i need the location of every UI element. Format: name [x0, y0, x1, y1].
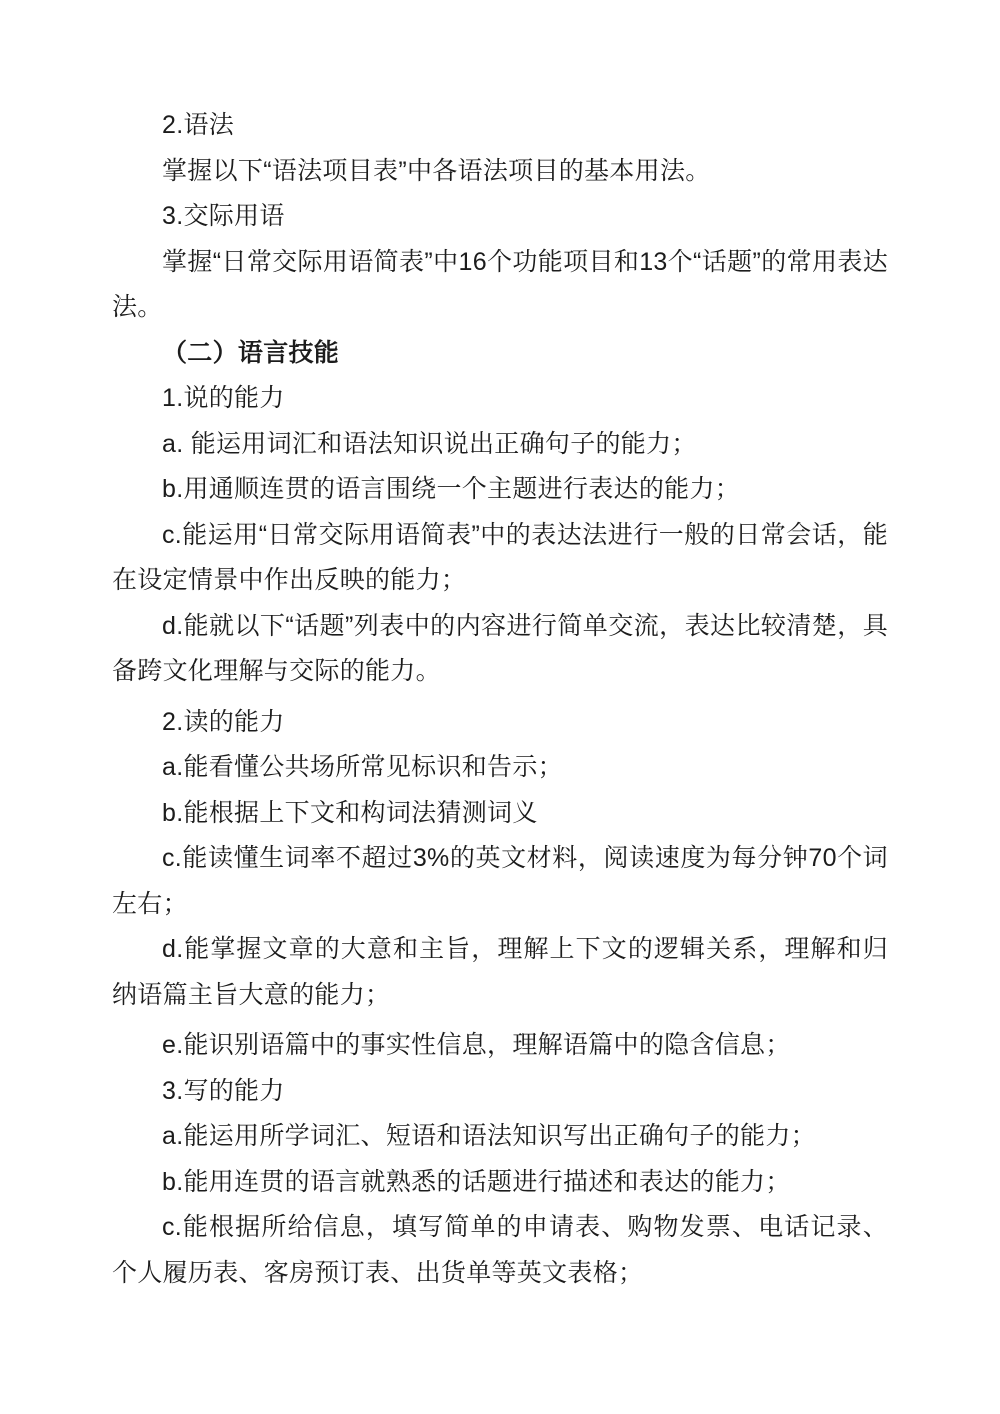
paragraph-speaking-d: d.能就以下“话题”列表中的内容进行简单交流，表达比较清楚，具备跨文化理解与交际…: [112, 604, 888, 695]
paragraph-speaking-heading: 1.说的能力: [112, 376, 888, 422]
paragraph-grammar-desc: 掌握以下“语法项目表”中各语法项目的基本用法。: [112, 149, 888, 195]
paragraph-reading-d: d.能掌握文章的大意和主旨，理解上下文的逻辑关系，理解和归纳语篇主旨大意的能力；: [112, 927, 888, 1018]
paragraph-speaking-b: b.用通顺连贯的语言围绕一个主题进行表达的能力；: [112, 467, 888, 513]
paragraph-item-3-communication: 3.交际用语: [112, 194, 888, 240]
paragraph-reading-c: c.能读懂生词率不超过3%的英文材料，阅读速度为每分钟70个词左右；: [112, 836, 888, 927]
paragraph-reading-heading: 2.读的能力: [112, 700, 888, 746]
paragraph-reading-a: a.能看懂公共场所常见标识和告示；: [112, 745, 888, 791]
paragraph-speaking-c: c.能运用“日常交际用语简表”中的表达法进行一般的日常会话，能在设定情景中作出反…: [112, 513, 888, 604]
paragraph-writing-b: b.能用连贯的语言就熟悉的话题进行描述和表达的能力；: [112, 1160, 888, 1206]
paragraph-writing-heading: 3.写的能力: [112, 1069, 888, 1115]
paragraph-communication-desc: 掌握“日常交际用语简表”中16个功能项目和13个“话题”的常用表达法。: [112, 240, 888, 331]
document-page: 2.语法 掌握以下“语法项目表”中各语法项目的基本用法。 3.交际用语 掌握“日…: [0, 0, 1000, 1414]
paragraph-reading-b: b.能根据上下文和构词法猜测词义: [112, 791, 888, 837]
document-body: 2.语法 掌握以下“语法项目表”中各语法项目的基本用法。 3.交际用语 掌握“日…: [112, 103, 888, 1296]
paragraph-speaking-a: a. 能运用词汇和语法知识说出正确句子的能力；: [112, 422, 888, 468]
section-heading-language-skills: （二）语言技能: [112, 331, 888, 377]
paragraph-reading-e: e.能识别语篇中的事实性信息，理解语篇中的隐含信息；: [112, 1023, 888, 1069]
paragraph-writing-a: a.能运用所学词汇、短语和语法知识写出正确句子的能力；: [112, 1114, 888, 1160]
paragraph-item-2-grammar: 2.语法: [112, 103, 888, 149]
paragraph-writing-c: c.能根据所给信息，填写简单的申请表、购物发票、电话记录、个人履历表、客房预订表…: [112, 1205, 888, 1296]
